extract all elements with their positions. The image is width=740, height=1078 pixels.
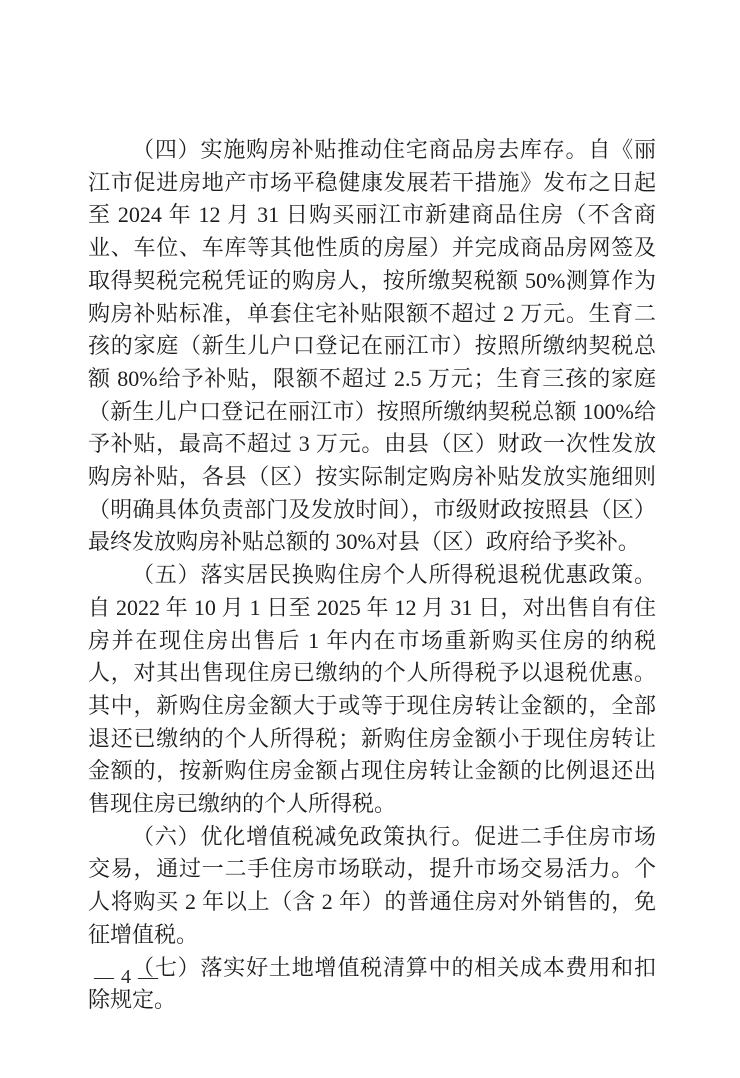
paragraph-item-6: （六）优化增值税减免政策执行。促进二手住房市场交易，通过一二手住房市场联动，提升… xyxy=(88,821,656,952)
paragraph-item-5: （五）落实居民换购住房个人所得税退税优惠政策。自 2022 年 10 月 1 日… xyxy=(88,559,656,821)
page-number: — 4 — xyxy=(94,966,159,989)
paragraph-item-7: （七）落实好土地增值税清算中的相关成本费用和扣除规定。 xyxy=(88,952,656,1017)
document-page: （四）实施购房补贴推动住宅商品房去库存。自《丽江市促进房地产市场平稳健康发展若干… xyxy=(0,0,740,1078)
paragraph-item-4: （四）实施购房补贴推动住宅商品房去库存。自《丽江市促进房地产市场平稳健康发展若干… xyxy=(88,134,656,559)
document-body: （四）实施购房补贴推动住宅商品房去库存。自《丽江市促进房地产市场平稳健康发展若干… xyxy=(88,134,656,1017)
